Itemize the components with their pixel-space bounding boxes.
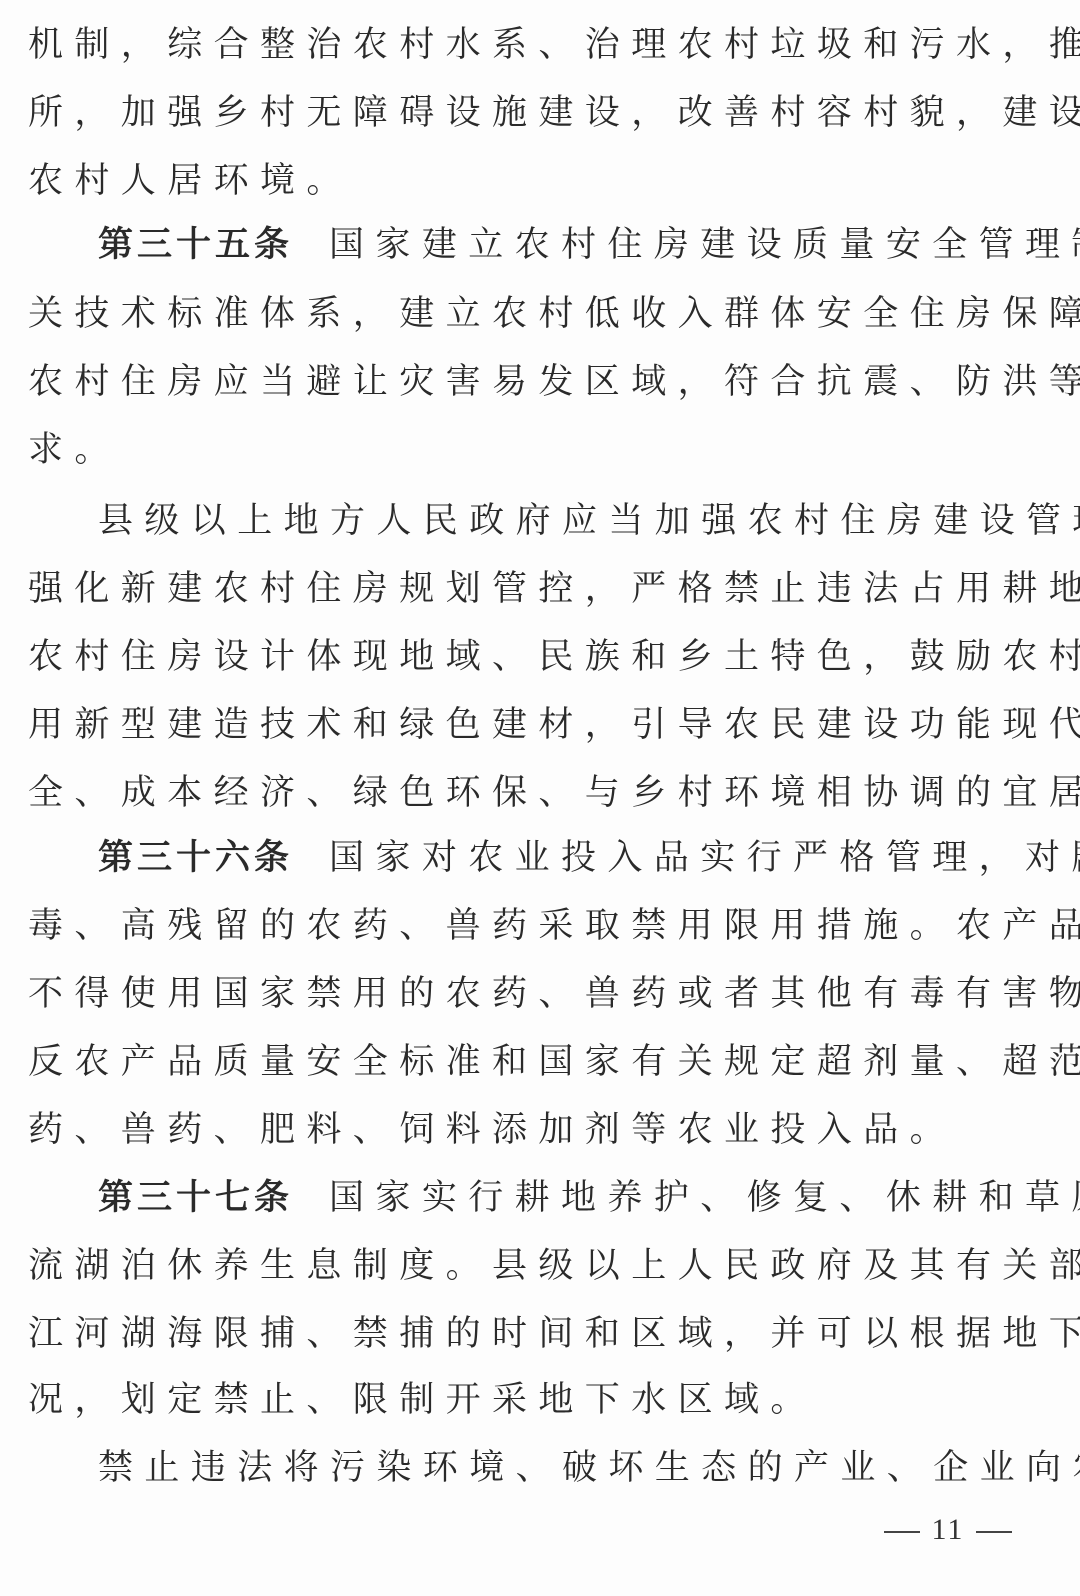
article-number: 第三十六条 xyxy=(98,838,293,878)
line-text: 毒、高残留的农药、兽药采取禁用限用措施。农产品生产经营者 xyxy=(28,906,1080,946)
line-text: 反农产品质量安全标准和国家有关规定超剂量、超范围使用农 xyxy=(28,1042,1080,1082)
article-36-heading-line: 第三十六条国家对农业投入品实行严格管理，对剧毒、高 xyxy=(98,832,1054,884)
page-number-value: 11 xyxy=(932,1513,965,1546)
line-text: 国家建立农村住房建设质量安全管理制度和相 xyxy=(329,225,1080,265)
text-line: 全、成本经济、绿色环保、与乡村环境相协调的宜居住房。 xyxy=(28,767,1054,819)
text-line: 关技术标准体系，建立农村低收入群体安全住房保障机制。建设 xyxy=(28,288,1054,340)
line-text: 国家对农业投入品实行严格管理，对剧毒、高 xyxy=(329,838,1080,878)
text-line: 求。 xyxy=(28,424,1054,476)
dash-right xyxy=(976,1531,1012,1533)
text-line: 所，加强乡村无障碍设施建设，改善村容村貌，建设生态宜居的 xyxy=(28,87,1054,139)
line-text: 流湖泊休养生息制度。县级以上人民政府及其有关部门依法划定 xyxy=(28,1246,1080,1286)
line-text: 农村人居环境。 xyxy=(28,161,353,201)
line-text: 江河湖海限捕、禁捕的时间和区域，并可以根据地下水超采情 xyxy=(28,1314,1080,1354)
line-text: 县级以上地方人民政府应当加强农村住房建设管理和服务， xyxy=(98,501,1080,541)
line-text: 全、成本经济、绿色环保、与乡村环境相协调的宜居住房。 xyxy=(28,773,1080,813)
page-number: 11 xyxy=(868,1508,1028,1552)
text-line: 不得使用国家禁用的农药、兽药或者其他有毒有害物质，不得违 xyxy=(28,968,1054,1020)
line-text: 国家实行耕地养护、修复、休耕和草原森林河 xyxy=(329,1178,1080,1218)
line-text: 所，加强乡村无障碍设施建设，改善村容村貌，建设生态宜居的 xyxy=(28,93,1080,133)
article-number: 第三十五条 xyxy=(98,225,293,265)
text-line: 农村人居环境。 xyxy=(28,155,1054,207)
text-line: 反农产品质量安全标准和国家有关规定超剂量、超范围使用农 xyxy=(28,1036,1054,1088)
line-text: 不得使用国家禁用的农药、兽药或者其他有毒有害物质，不得违 xyxy=(28,974,1080,1014)
line-text: 用新型建造技术和绿色建材，引导农民建设功能现代、结构安 xyxy=(28,705,1080,745)
line-text: 强化新建农村住房规划管控，严格禁止违法占用耕地建房；鼓励 xyxy=(28,569,1080,609)
article-35-heading-line: 第三十五条国家建立农村住房建设质量安全管理制度和相 xyxy=(98,219,1054,271)
line-text: 关技术标准体系，建立农村低收入群体安全住房保障机制。建设 xyxy=(28,294,1080,334)
text-line: 药、兽药、肥料、饲料添加剂等农业投入品。 xyxy=(28,1104,1054,1156)
text-line: 毒、高残留的农药、兽药采取禁用限用措施。农产品生产经营者 xyxy=(28,900,1054,952)
line-text: 况，划定禁止、限制开采地下水区域。 xyxy=(28,1380,817,1420)
article-number: 第三十七条 xyxy=(98,1178,293,1218)
text-line: 强化新建农村住房规划管控，严格禁止违法占用耕地建房；鼓励 xyxy=(28,563,1054,615)
line-text: 求。 xyxy=(28,430,121,470)
line-text: 药、兽药、肥料、饲料添加剂等农业投入品。 xyxy=(28,1110,956,1150)
text-line: 禁止违法将污染环境、破坏生态的产业、企业向农村转移。 xyxy=(98,1442,1054,1494)
text-line: 江河湖海限捕、禁捕的时间和区域，并可以根据地下水超采情 xyxy=(28,1308,1054,1360)
text-line: 流湖泊休养生息制度。县级以上人民政府及其有关部门依法划定 xyxy=(28,1240,1054,1292)
text-line: 机制，综合整治农村水系、治理农村垃圾和污水，推广卫生厕 xyxy=(28,19,1054,71)
dash-left xyxy=(884,1531,920,1533)
text-line: 农村住房应当避让灾害易发区域，符合抗震、防洪等基本安全要 xyxy=(28,356,1054,408)
line-text: 农村住房应当避让灾害易发区域，符合抗震、防洪等基本安全要 xyxy=(28,362,1080,402)
text-line: 农村住房设计体现地域、民族和乡土特色，鼓励农村住房建设采 xyxy=(28,631,1054,683)
article-37-heading-line: 第三十七条国家实行耕地养护、修复、休耕和草原森林河 xyxy=(98,1172,1054,1224)
line-text: 机制，综合整治农村水系、治理农村垃圾和污水，推广卫生厕 xyxy=(28,25,1080,65)
text-line: 况，划定禁止、限制开采地下水区域。 xyxy=(28,1374,1054,1426)
text-line: 用新型建造技术和绿色建材，引导农民建设功能现代、结构安 xyxy=(28,699,1054,751)
line-text: 农村住房设计体现地域、民族和乡土特色，鼓励农村住房建设采 xyxy=(28,637,1080,677)
text-line: 县级以上地方人民政府应当加强农村住房建设管理和服务， xyxy=(98,495,1054,547)
line-text: 禁止违法将污染环境、破坏生态的产业、企业向农村转移。 xyxy=(98,1448,1080,1488)
document-page: 机制，综合整治农村水系、治理农村垃圾和污水，推广卫生厕 所，加强乡村无障碍设施建… xyxy=(0,0,1080,1596)
